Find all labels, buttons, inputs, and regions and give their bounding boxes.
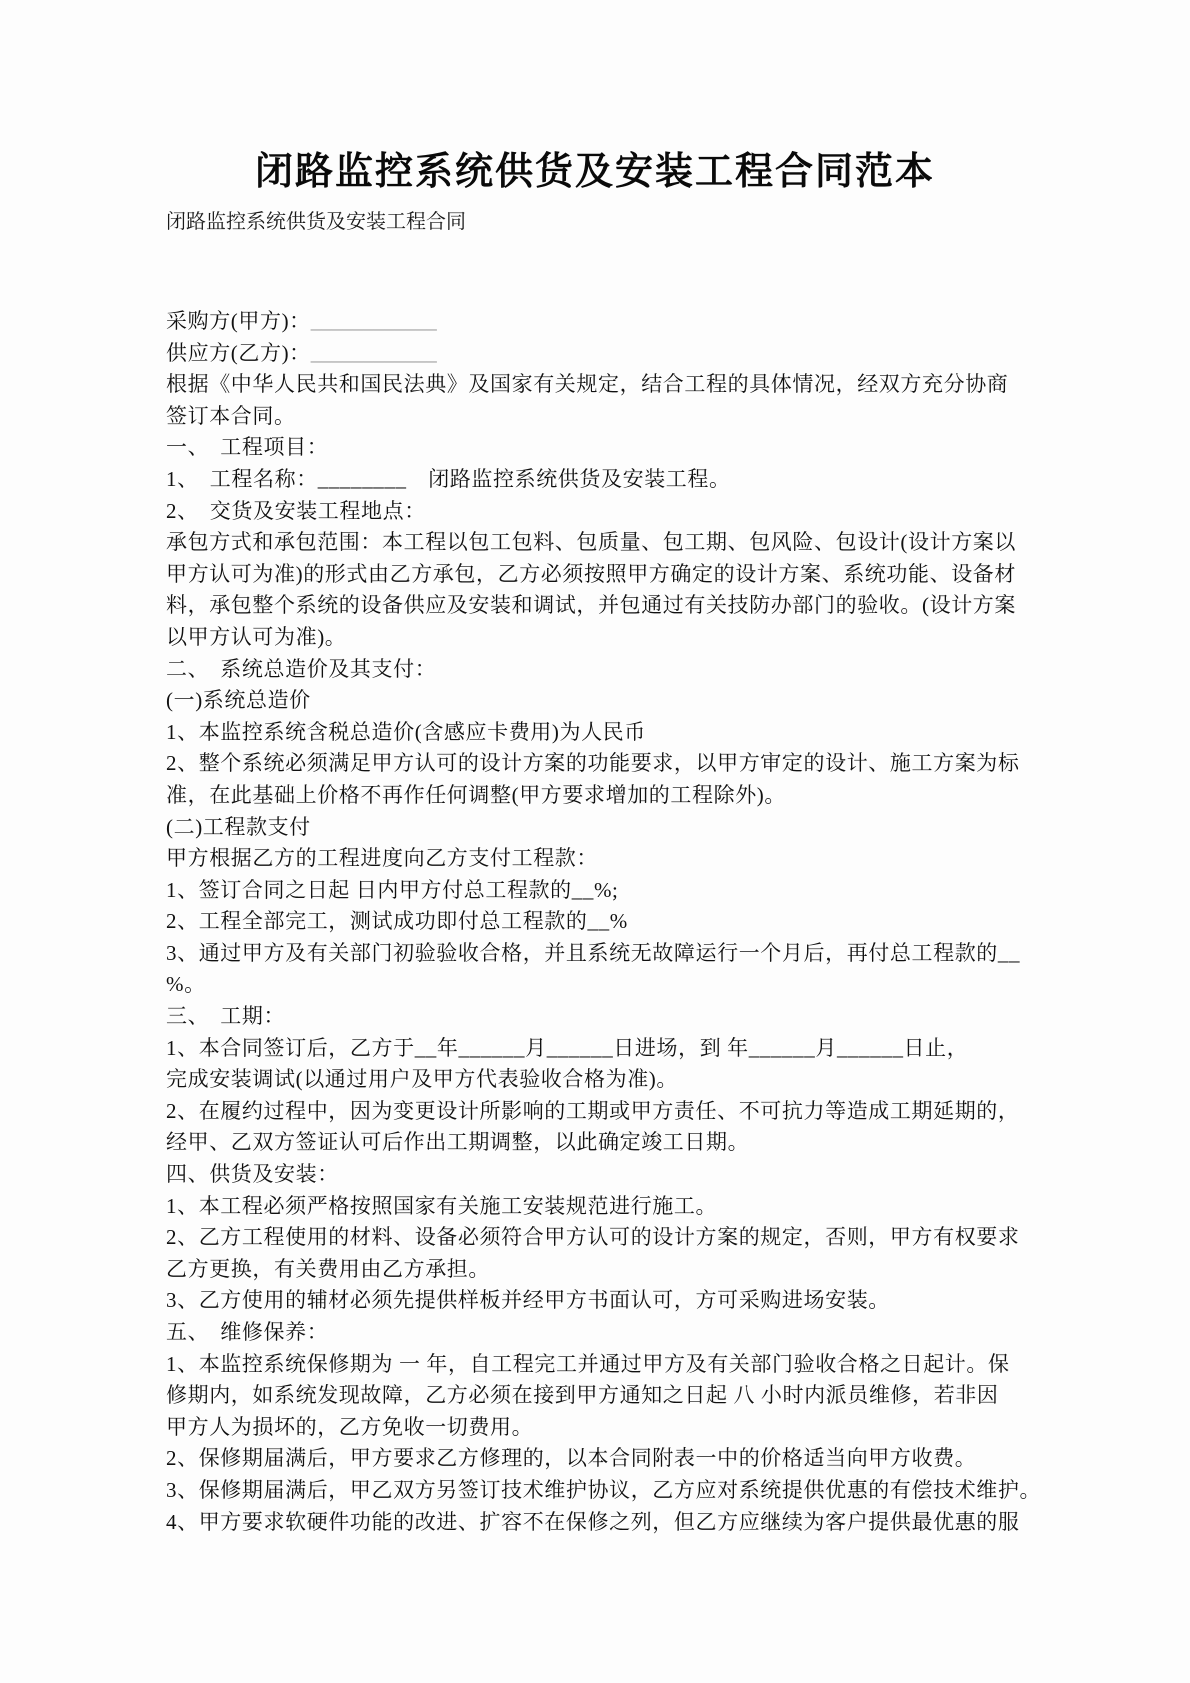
text-segment: 二、 系统总造价及其支付： [166,657,436,681]
text-segment: 3、通过甲方及有关部门初验验收合格，并且系统无故障运行一个月后，再付总工程款的_… [166,941,1020,965]
text-segment: 供应方(乙方)： [166,341,311,365]
text-line: 1、 工程名称：________ 闭路监控系统供货及安装工程。 [166,464,1038,496]
text-segment: 完成安装调试(以通过用户及甲方代表验收合格为准)。 [166,1067,678,1091]
text-segment: 根据《中华人民共和国民法典》及国家有关规定，结合工程的具体情况，经双方充分协商 [166,372,1008,396]
text-line: 3、保修期届满后，甲乙双方另签订技术维护协议，乙方应对系统提供优惠的有偿技术维护… [166,1475,1038,1507]
contract-body: 采购方(甲方)：____________供应方(乙方)：____________… [166,306,1038,1538]
text-segment: 1、 工程名称：________ 闭路监控系统供货及安装工程。 [166,467,731,491]
document-subtitle: 闭路监控系统供货及安装工程合同 [166,210,1024,234]
text-line: 采购方(甲方)：____________ [166,306,1038,338]
text-segment: 准，在此基础上价格不再作任何调整(甲方要求增加的工程除外)。 [166,783,786,807]
text-line: (二)工程款支付 [166,812,1038,844]
text-segment: 甲方人为损坏的，乙方免收一切费用。 [166,1415,533,1439]
text-line: 准，在此基础上价格不再作任何调整(甲方要求增加的工程除外)。 [166,780,1038,812]
fill-in-blank: ____________ [311,309,437,333]
text-line: 1、本工程必须严格按照国家有关施工安装规范进行施工。 [166,1191,1038,1223]
text-segment: 三、 工期： [166,1004,285,1028]
text-line: 1、本监控系统保修期为 一 年，自工程完工并通过甲方及有关部门验收合格之日起计。… [166,1349,1038,1381]
text-line: (一)系统总造价 [166,685,1038,717]
text-line: 完成安装调试(以通过用户及甲方代表验收合格为准)。 [166,1064,1038,1096]
text-line: 以甲方认可为准)。 [166,622,1038,654]
text-line: 一、 工程项目： [166,432,1038,464]
text-line: 修期内，如系统发现故障，乙方必须在接到甲方通知之日起 八 小时内派员维修，若非因 [166,1380,1038,1412]
text-segment: 签订本合同。 [166,404,296,428]
text-line: 甲方根据乙方的工程进度向乙方支付工程款： [166,843,1038,875]
text-line: 经甲、乙双方签证认可后作出工期调整，以此确定竣工日期。 [166,1127,1038,1159]
text-line: 2、在履约过程中，因为变更设计所影响的工期或甲方责任、不可抗力等造成工期延期的， [166,1096,1038,1128]
text-segment: 五、 维修保养： [166,1320,328,1344]
text-line: 3、通过甲方及有关部门初验验收合格，并且系统无故障运行一个月后，再付总工程款的_… [166,938,1038,970]
text-segment: 修期内，如系统发现故障，乙方必须在接到甲方通知之日起 八 小时内派员维修，若非因 [166,1383,999,1407]
text-line: 二、 系统总造价及其支付： [166,654,1038,686]
text-line: 2、工程全部完工，测试成功即付总工程款的__% [166,906,1038,938]
text-segment: 4、甲方要求软硬件功能的改进、扩容不在保修之列，但乙方应继续为客户提供最优惠的服 [166,1510,1020,1534]
text-segment: 2、乙方工程使用的材料、设备必须符合甲方认可的设计方案的规定，否则，甲方有权要求 [166,1225,1020,1249]
text-segment: 2、保修期届满后，甲方要求乙方修理的，以本合同附表一中的价格适当向甲方收费。 [166,1446,976,1470]
text-line: 承包方式和承包范围：本工程以包工包料、包质量、包工期、包风险、包设计(设计方案以 [166,527,1038,559]
text-line: 料，承包整个系统的设备供应及安装和调试，并包通过有关技防办部门的验收。(设计方案 [166,590,1038,622]
text-segment: 2、 交货及安装工程地点： [166,499,426,523]
text-segment: 2、整个系统必须满足甲方认可的设计方案的功能要求，以甲方审定的设计、施工方案为标 [166,751,1020,775]
text-line: 1、本监控系统含税总造价(含感应卡费用)为人民币 [166,717,1038,749]
contract-document-page: 闭路监控系统供货及安装工程合同范本 闭路监控系统供货及安装工程合同 采购方(甲方… [0,0,1190,1683]
text-segment: 一、 工程项目： [166,435,328,459]
text-segment: 四、供货及安装： [166,1162,339,1186]
text-segment: 料，承包整个系统的设备供应及安装和调试，并包通过有关技防办部门的验收。(设计方案 [166,593,1016,617]
text-segment: 以甲方认可为准)。 [166,625,346,649]
text-segment: 3、保修期届满后，甲乙双方另签订技术维护协议，乙方应对系统提供优惠的有偿技术维护… [166,1478,1041,1502]
text-segment: 甲方根据乙方的工程进度向乙方支付工程款： [166,846,598,870]
text-line: 供应方(乙方)：____________ [166,338,1038,370]
text-line: 甲方认可为准)的形式由乙方承包，乙方必须按照甲方确定的设计方案、系统功能、设备材 [166,559,1038,591]
text-line: 三、 工期： [166,1001,1038,1033]
text-line: 2、乙方工程使用的材料、设备必须符合甲方认可的设计方案的规定，否则，甲方有权要求 [166,1222,1038,1254]
document-title: 闭路监控系统供货及安装工程合同范本 [0,0,1190,196]
text-line: 4、甲方要求软硬件功能的改进、扩容不在保修之列，但乙方应继续为客户提供最优惠的服 [166,1507,1038,1539]
text-line: 根据《中华人民共和国民法典》及国家有关规定，结合工程的具体情况，经双方充分协商 [166,369,1038,401]
text-line: 签订本合同。 [166,401,1038,433]
text-line: 3、乙方使用的辅材必须先提供样板并经甲方书面认可，方可采购进场安装。 [166,1285,1038,1317]
text-line: 五、 维修保养： [166,1317,1038,1349]
text-line: 1、签订合同之日起 日内甲方付总工程款的__%; [166,875,1038,907]
fill-in-blank: ____________ [311,341,437,365]
text-segment: 2、工程全部完工，测试成功即付总工程款的__% [166,909,628,933]
text-segment: 1、本工程必须严格按照国家有关施工安装规范进行施工。 [166,1194,717,1218]
text-segment: 采购方(甲方)： [166,309,311,333]
text-segment: 乙方更换，有关费用由乙方承担。 [166,1257,490,1281]
text-segment: 1、本监控系统保修期为 一 年，自工程完工并通过甲方及有关部门验收合格之日起计。… [166,1352,1010,1376]
text-line: 四、供货及安装： [166,1159,1038,1191]
text-segment: 经甲、乙双方签证认可后作出工期调整，以此确定竣工日期。 [166,1130,749,1154]
text-segment: 3、乙方使用的辅材必须先提供样板并经甲方书面认可，方可采购进场安装。 [166,1288,890,1312]
text-segment: 1、本合同签订后，乙方于__年______月______日进场，到 年_____… [166,1036,968,1060]
text-segment: 甲方认可为准)的形式由乙方承包，乙方必须按照甲方确定的设计方案、系统功能、设备材 [166,562,1016,586]
text-segment: 承包方式和承包范围：本工程以包工包料、包质量、包工期、包风险、包设计(设计方案以 [166,530,1016,554]
text-line: 2、保修期届满后，甲方要求乙方修理的，以本合同附表一中的价格适当向甲方收费。 [166,1443,1038,1475]
text-segment: 1、签订合同之日起 日内甲方付总工程款的__%; [166,878,618,902]
text-segment: 2、在履约过程中，因为变更设计所影响的工期或甲方责任、不可抗力等造成工期延期的， [166,1099,1020,1123]
text-segment: %。 [166,972,206,996]
text-line: 2、 交货及安装工程地点： [166,496,1038,528]
text-segment: 1、本监控系统含税总造价(含感应卡费用)为人民币 [166,720,646,744]
text-segment: (二)工程款支付 [166,815,311,839]
text-line: 甲方人为损坏的，乙方免收一切费用。 [166,1412,1038,1444]
text-line: 1、本合同签订后，乙方于__年______月______日进场，到 年_____… [166,1033,1038,1065]
text-line: 乙方更换，有关费用由乙方承担。 [166,1254,1038,1286]
text-line: %。 [166,969,1038,1001]
text-line: 2、整个系统必须满足甲方认可的设计方案的功能要求，以甲方审定的设计、施工方案为标 [166,748,1038,780]
text-segment: (一)系统总造价 [166,688,311,712]
